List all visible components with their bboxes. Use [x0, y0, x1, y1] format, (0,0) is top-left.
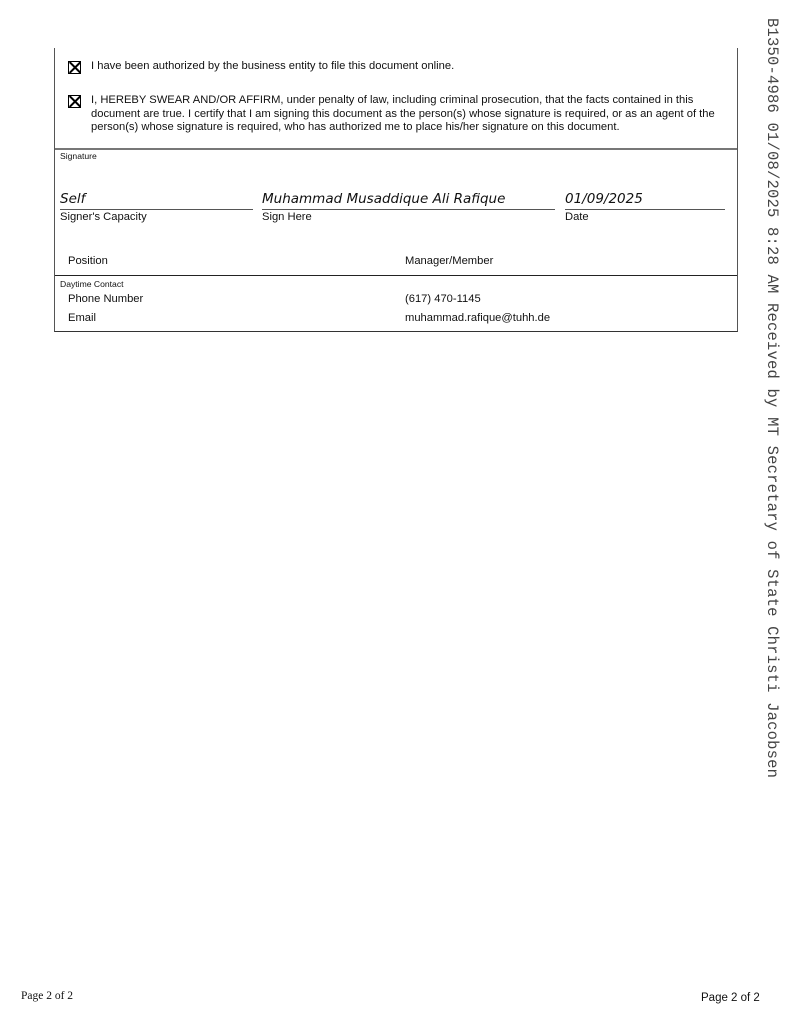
sign-here-label: Sign Here — [262, 211, 555, 223]
date-field: 01/09/2025 Date — [565, 190, 725, 223]
checked-box-icon[interactable] — [68, 95, 81, 108]
date-value: 01/09/2025 — [565, 190, 725, 210]
daytime-contact-label: Daytime Contact — [60, 279, 124, 289]
position-label: Position — [68, 255, 108, 267]
phone-value: (617) 470-1145 — [405, 293, 481, 305]
checked-box-icon[interactable] — [68, 61, 81, 74]
attestation-section: I have been authorized by the business e… — [55, 48, 737, 150]
signer-capacity-value: Self — [60, 190, 253, 210]
authorization-text: I have been authorized by the business e… — [91, 60, 454, 74]
position-value: Manager/Member — [405, 255, 493, 267]
signature-section: Signature Self Signer's Capacity Muhamma… — [55, 148, 737, 276]
sign-here-field: Muhammad Musaddique Ali Rafique Sign Her… — [262, 190, 555, 223]
email-label: Email — [68, 312, 96, 324]
signer-capacity-field: Self Signer's Capacity — [60, 190, 253, 223]
received-stamp: B1350-4986 01/08/2025 8:28 AM Received b… — [761, 18, 781, 918]
authorization-checkbox-row[interactable]: I have been authorized by the business e… — [68, 60, 454, 74]
date-label: Date — [565, 211, 725, 223]
signature-value: Muhammad Musaddique Ali Rafique — [262, 190, 555, 210]
received-stamp-text: B1350-4986 01/08/2025 8:28 AM Received b… — [763, 18, 781, 778]
phone-label: Phone Number — [68, 293, 143, 305]
affirmation-text: I, HEREBY SWEAR AND/OR AFFIRM, under pen… — [91, 94, 738, 135]
daytime-contact-section: Daytime Contact Phone Number (617) 470-1… — [55, 276, 737, 332]
signature-section-label: Signature — [60, 151, 97, 161]
footer-page-number-right: Page 2 of 2 — [701, 992, 760, 1004]
filing-form: I have been authorized by the business e… — [54, 48, 738, 332]
affirmation-checkbox-row[interactable]: I, HEREBY SWEAR AND/OR AFFIRM, under pen… — [68, 94, 738, 135]
signer-capacity-label: Signer's Capacity — [60, 211, 253, 223]
email-value: muhammad.rafique@tuhh.de — [405, 312, 550, 324]
footer-page-number-left: Page 2 of 2 — [21, 990, 73, 1002]
